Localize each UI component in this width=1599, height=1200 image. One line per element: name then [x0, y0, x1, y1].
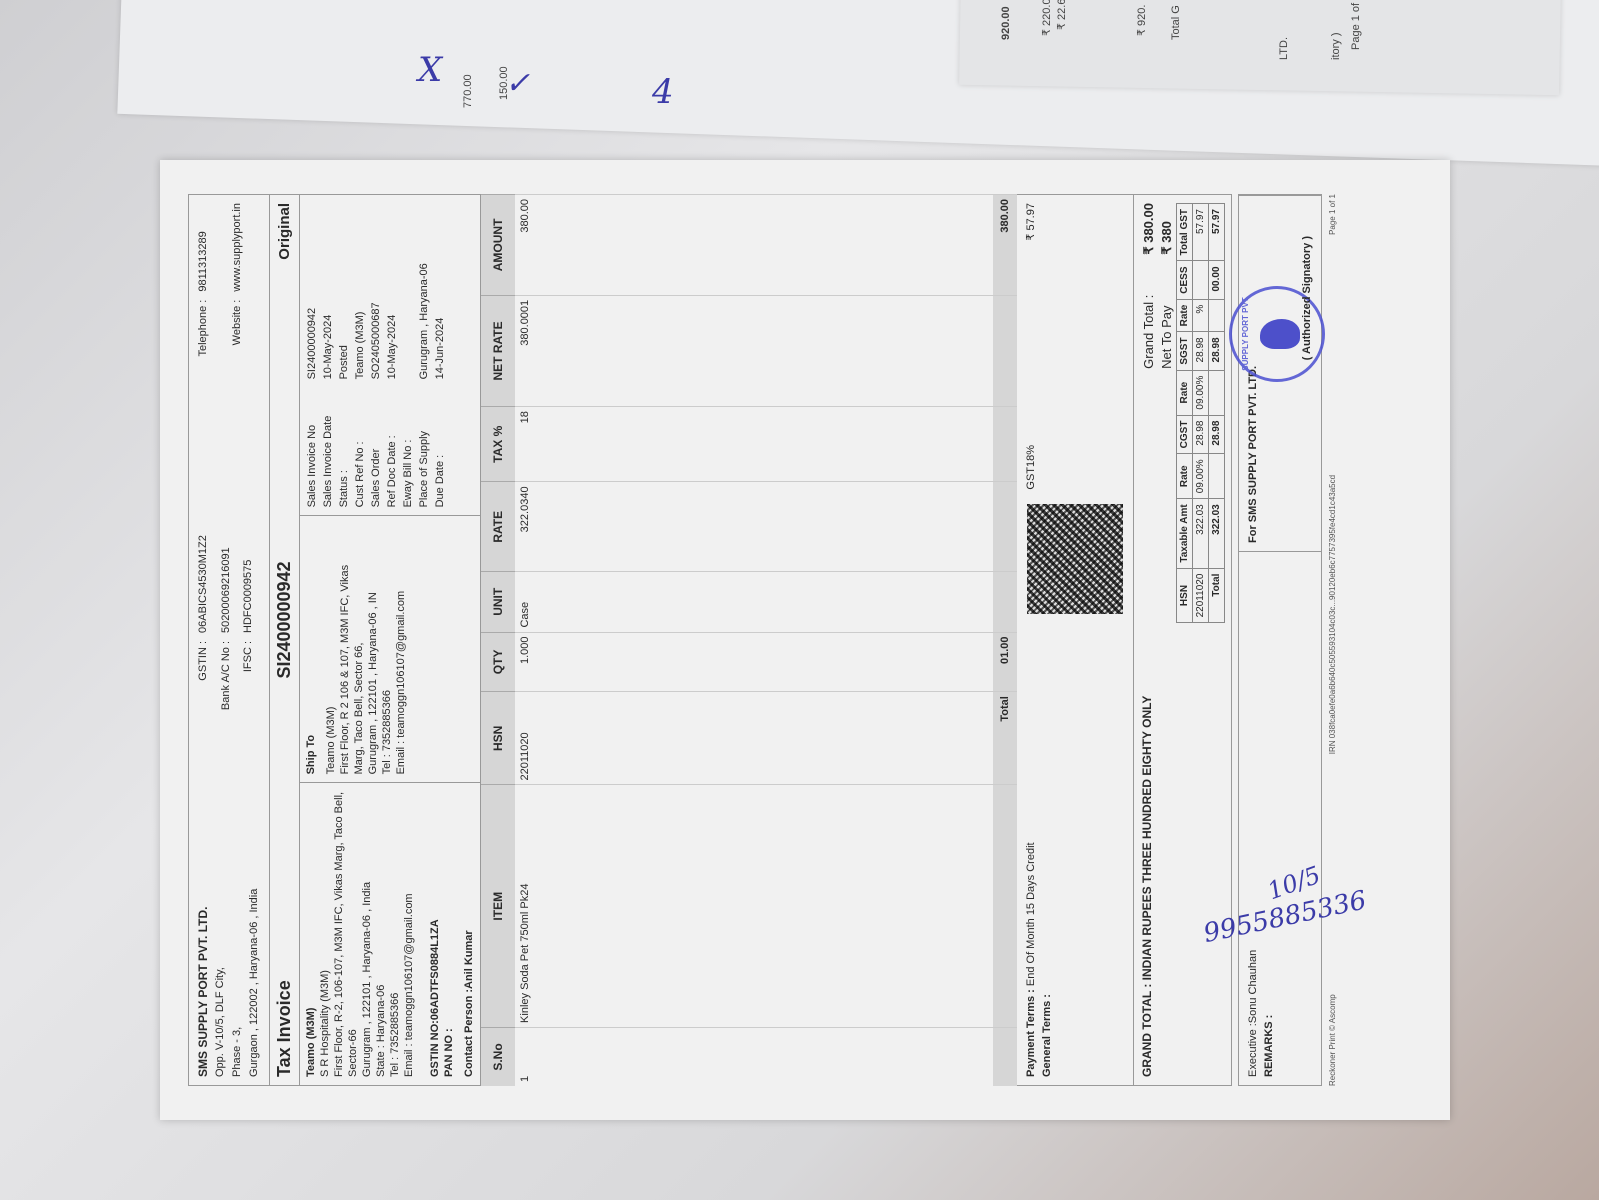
bank-value: 50200069216091 — [218, 535, 241, 633]
grand-total-value: ₹ 380.00 — [1140, 203, 1158, 255]
table-cell: Case — [515, 572, 993, 632]
meta-label: Eway Bill No : — [400, 387, 416, 507]
seller-name: SMS SUPPLY PORT PVT. LTD. — [195, 889, 212, 1077]
invoice-title-bar: Tax Invoice SI2400000942 Original — [270, 194, 299, 1086]
terms-block: Payment Terms : End Of Month 15 Days Cre… — [1017, 622, 1133, 1085]
meta-value: 14-Jun-2024 — [432, 203, 448, 379]
net-to-pay-value: ₹ 380 — [1158, 203, 1176, 255]
page-number: Page 1 of 1 — [1328, 194, 1337, 235]
invoice-page: SMS SUPPLY PORT PVT. LTD. Opp. V-10/5, D… — [160, 170, 1460, 1120]
bill-to-line: Tel : 7352885366 — [388, 791, 402, 1077]
items-table: S.NoITEMHSNQTYUNITRATETAX %NET RATEAMOUN… — [481, 194, 1017, 1086]
telephone-value: 9811313289 — [195, 203, 229, 292]
meta-value: 10-May-2024 — [384, 203, 400, 379]
tax-row: 22011020322.0309.00%28.9809.00%28.98%57.… — [1193, 204, 1209, 623]
grand-total-block: Grand Total :₹ 380.00 Net To Pay₹ 380 — [1140, 203, 1176, 640]
ship-to-line: First Floor, R 2 106 & 107, M3M IFC, Vik… — [338, 524, 352, 774]
bg-fragment: ₹ 22.6 — [1055, 0, 1068, 30]
remarks-label: REMARKS : — [1261, 560, 1277, 1077]
meta-label: Status : — [336, 387, 352, 507]
column-header: UNIT — [481, 572, 515, 632]
grand-total-label: Grand Total : — [1140, 295, 1158, 369]
ifsc-value: HDFC0009575 — [240, 535, 263, 633]
executive-name: Executive :Sonu Chauhan — [1245, 560, 1261, 1077]
meta-label: Ref Doc Date : — [384, 387, 400, 507]
qr-code — [1027, 504, 1123, 614]
seller-contact-info: Telephone :9811313289 Website :www.suppl… — [195, 203, 263, 357]
ship-to-block: Ship To Teamo (M3M) First Floor, R 2 106… — [300, 515, 480, 782]
meta-value: 10-May-2024 — [320, 203, 336, 379]
seller-header: SMS SUPPLY PORT PVT. LTD. Opp. V-10/5, D… — [188, 194, 270, 1086]
table-row: 1Kinley Soda Pet 750ml Pk24220110201.000… — [515, 195, 993, 1087]
authorized-signatory: ( Authorized Signatory ) — [1299, 236, 1315, 360]
bill-to-name: Teamo (M3M) — [304, 791, 318, 1077]
table-cell: 1.000 — [515, 632, 993, 692]
bill-to-line: First Floor, R-2, 106-107, M3M IFC, Vika… — [332, 791, 346, 1077]
ifsc-label: IFSC : — [240, 641, 263, 710]
bg-fragment: LTD. — [1278, 37, 1290, 60]
bank-label: Bank A/C No : — [218, 641, 241, 710]
ship-to-line: Tel : 7352885366 — [380, 524, 394, 774]
seller-bank-info: GSTIN :06ABICS4530M1Z2 Bank A/C No :5020… — [195, 535, 263, 710]
contact-person: Contact Person :Anil Kumar — [462, 791, 476, 1077]
table-cell: 18 — [515, 407, 993, 482]
signature-block: For SMS SUPPLY PORT PVT. LTD. SUPPLY POR… — [1239, 195, 1321, 551]
table-cell: Kinley Soda Pet 750ml Pk24 — [515, 785, 993, 1027]
bill-to-line: Gurugram , 122101 , Haryana-06 , India — [360, 791, 374, 1077]
invoice-number: SI2400000942 — [274, 561, 295, 678]
table-cell: 380.00 — [515, 195, 993, 296]
bg-fragment: itory ) — [1330, 33, 1342, 61]
payment-terms-label: Payment Terms : — [1025, 989, 1037, 1077]
column-header: HSN — [481, 692, 515, 785]
qr-block — [1017, 498, 1133, 623]
column-header: ITEM — [481, 785, 515, 1027]
bg-fragment: 920.00 — [1000, 6, 1012, 40]
terms-section: Payment Terms : End Of Month 15 Days Cre… — [1017, 194, 1134, 1086]
meta-label: Cust Ref No : — [352, 387, 368, 507]
telephone-label: Telephone : — [195, 300, 229, 357]
meta-label: Sales Invoice Date — [320, 387, 336, 507]
bg-fragment: ₹ 920. — [1135, 5, 1148, 36]
print-footer: Reckoner Print © Ascomp IRN 038fca0efe0a… — [1328, 194, 1337, 1086]
website-value: www.supplyport.in — [229, 203, 263, 292]
table-cell: 380.0001 — [515, 295, 993, 406]
invoice-meta-list: Sales Invoice NoSI2400000942Sales Invoic… — [304, 203, 448, 507]
bg-fragment: Total G — [1170, 5, 1182, 40]
tax-row: Total322.0328.9828.9800.0057.97 — [1209, 204, 1225, 623]
handwritten-4: 4 — [652, 72, 674, 112]
handwritten-check: ✓ — [505, 66, 530, 101]
amount-in-words: GRAND TOTAL : INDIAN RUPEES THREE HUNDRE… — [1140, 640, 1154, 1077]
copy-label: Original — [276, 203, 293, 260]
tax-line: GST18% ₹ 57.97 — [1017, 195, 1133, 498]
general-terms-label: General Terms : — [1039, 630, 1055, 1077]
seller-address-line: Gurgaon , 122002 , Haryana-06 , India — [246, 889, 263, 1077]
meta-label: Place of Supply — [416, 387, 432, 507]
bg-fragment: 770.00 — [462, 74, 474, 108]
handwritten-x: X — [418, 50, 442, 90]
tax-amount: ₹ 57.97 — [1023, 203, 1127, 241]
net-to-pay-label: Net To Pay — [1158, 295, 1176, 369]
ship-to-line: Marg, Taco Bell, Sector 66, — [352, 524, 366, 774]
meta-value: SI2400000942 — [304, 203, 320, 379]
bill-to-line: Email : teamoggn106107@gmail.com — [402, 791, 416, 1077]
bg-fragment: Page 1 of — [1350, 3, 1362, 50]
document-title: Tax Invoice — [274, 980, 295, 1077]
bill-to-line: S R Hospitality (M3M) — [318, 791, 332, 1077]
bill-to-line: State : Haryana-06 — [374, 791, 388, 1077]
invoice-meta-block: Sales Invoice NoSI2400000942Sales Invoic… — [300, 195, 480, 515]
seller-address-block: SMS SUPPLY PORT PVT. LTD. Opp. V-10/5, D… — [195, 889, 263, 1077]
executive-block: Executive :Sonu Chauhan REMARKS : — [1239, 551, 1321, 1085]
meta-value: SO2405000687 — [368, 203, 384, 379]
tax-invoice-document: SMS SUPPLY PORT PVT. LTD. Opp. V-10/5, D… — [160, 160, 1450, 1120]
table-cell: 22011020 — [515, 692, 993, 785]
meta-label: Sales Invoice No — [304, 387, 320, 507]
seller-address-line: Phase - 3, — [229, 889, 246, 1077]
tax-summary-table: HSNTaxable AmtRateCGSTRateSGSTRateCESSTo… — [1176, 203, 1225, 623]
gstin-value: 06ABICS4530M1Z2 — [195, 535, 218, 633]
items-table-header: S.NoITEMHSNQTYUNITRATETAX %NET RATEAMOUN… — [481, 195, 515, 1087]
seller-address-line: Opp. V-10/5, DLF City, — [212, 889, 229, 1077]
bill-to-pan: PAN NO : — [442, 791, 456, 1077]
meta-label: Due Date : — [432, 387, 448, 507]
column-header: S.No — [481, 1027, 515, 1086]
items-total-row: Total01.00380.00 — [993, 195, 1017, 1087]
meta-value: Teamo (M3M) — [352, 203, 368, 379]
column-header: NET RATE — [481, 295, 515, 406]
printed-by: Reckoner Print © Ascomp — [1328, 994, 1337, 1086]
footer-section: Executive :Sonu Chauhan REMARKS : For SM… — [1238, 194, 1322, 1086]
bill-to-block: Teamo (M3M) S R Hospitality (M3M) First … — [300, 782, 480, 1085]
irn: IRN 038fca0efe0a6b640c505593104c03c...90… — [1328, 475, 1337, 754]
ship-to-label: Ship To — [304, 524, 318, 774]
website-label: Website : — [229, 300, 263, 357]
column-header: RATE — [481, 482, 515, 572]
totals-section: GRAND TOTAL : INDIAN RUPEES THREE HUNDRE… — [1134, 194, 1232, 1086]
column-header: AMOUNT — [481, 195, 515, 296]
gstin-label: GSTIN : — [195, 641, 218, 710]
bill-to-gstin: GSTIN NO:06ADTFS0884L1ZA — [428, 791, 442, 1077]
bill-to-line: Sector-66 — [346, 791, 360, 1077]
table-cell: 322.0340 — [515, 482, 993, 572]
ship-to-line: Gurugram , 122101 , Haryana-06 , IN — [366, 524, 380, 774]
table-cell: 1 — [515, 1027, 993, 1086]
bg-fragment: ₹ 220.0 — [1040, 0, 1053, 36]
tax-label: GST18% — [1023, 445, 1127, 490]
ship-to-line: Teamo (M3M) — [324, 524, 338, 774]
meta-value — [400, 203, 416, 379]
meta-value: Gurugram , Haryana-06 — [416, 203, 432, 379]
column-header: TAX % — [481, 407, 515, 482]
meta-label: Sales Order — [368, 387, 384, 507]
payment-terms-value: End Of Month 15 Days Credit — [1025, 842, 1037, 986]
column-header: QTY — [481, 632, 515, 692]
ship-to-line: Email : teamoggn106107@gmail.com — [394, 524, 408, 774]
parties-section: Teamo (M3M) S R Hospitality (M3M) First … — [299, 194, 481, 1086]
meta-value: Posted — [336, 203, 352, 379]
